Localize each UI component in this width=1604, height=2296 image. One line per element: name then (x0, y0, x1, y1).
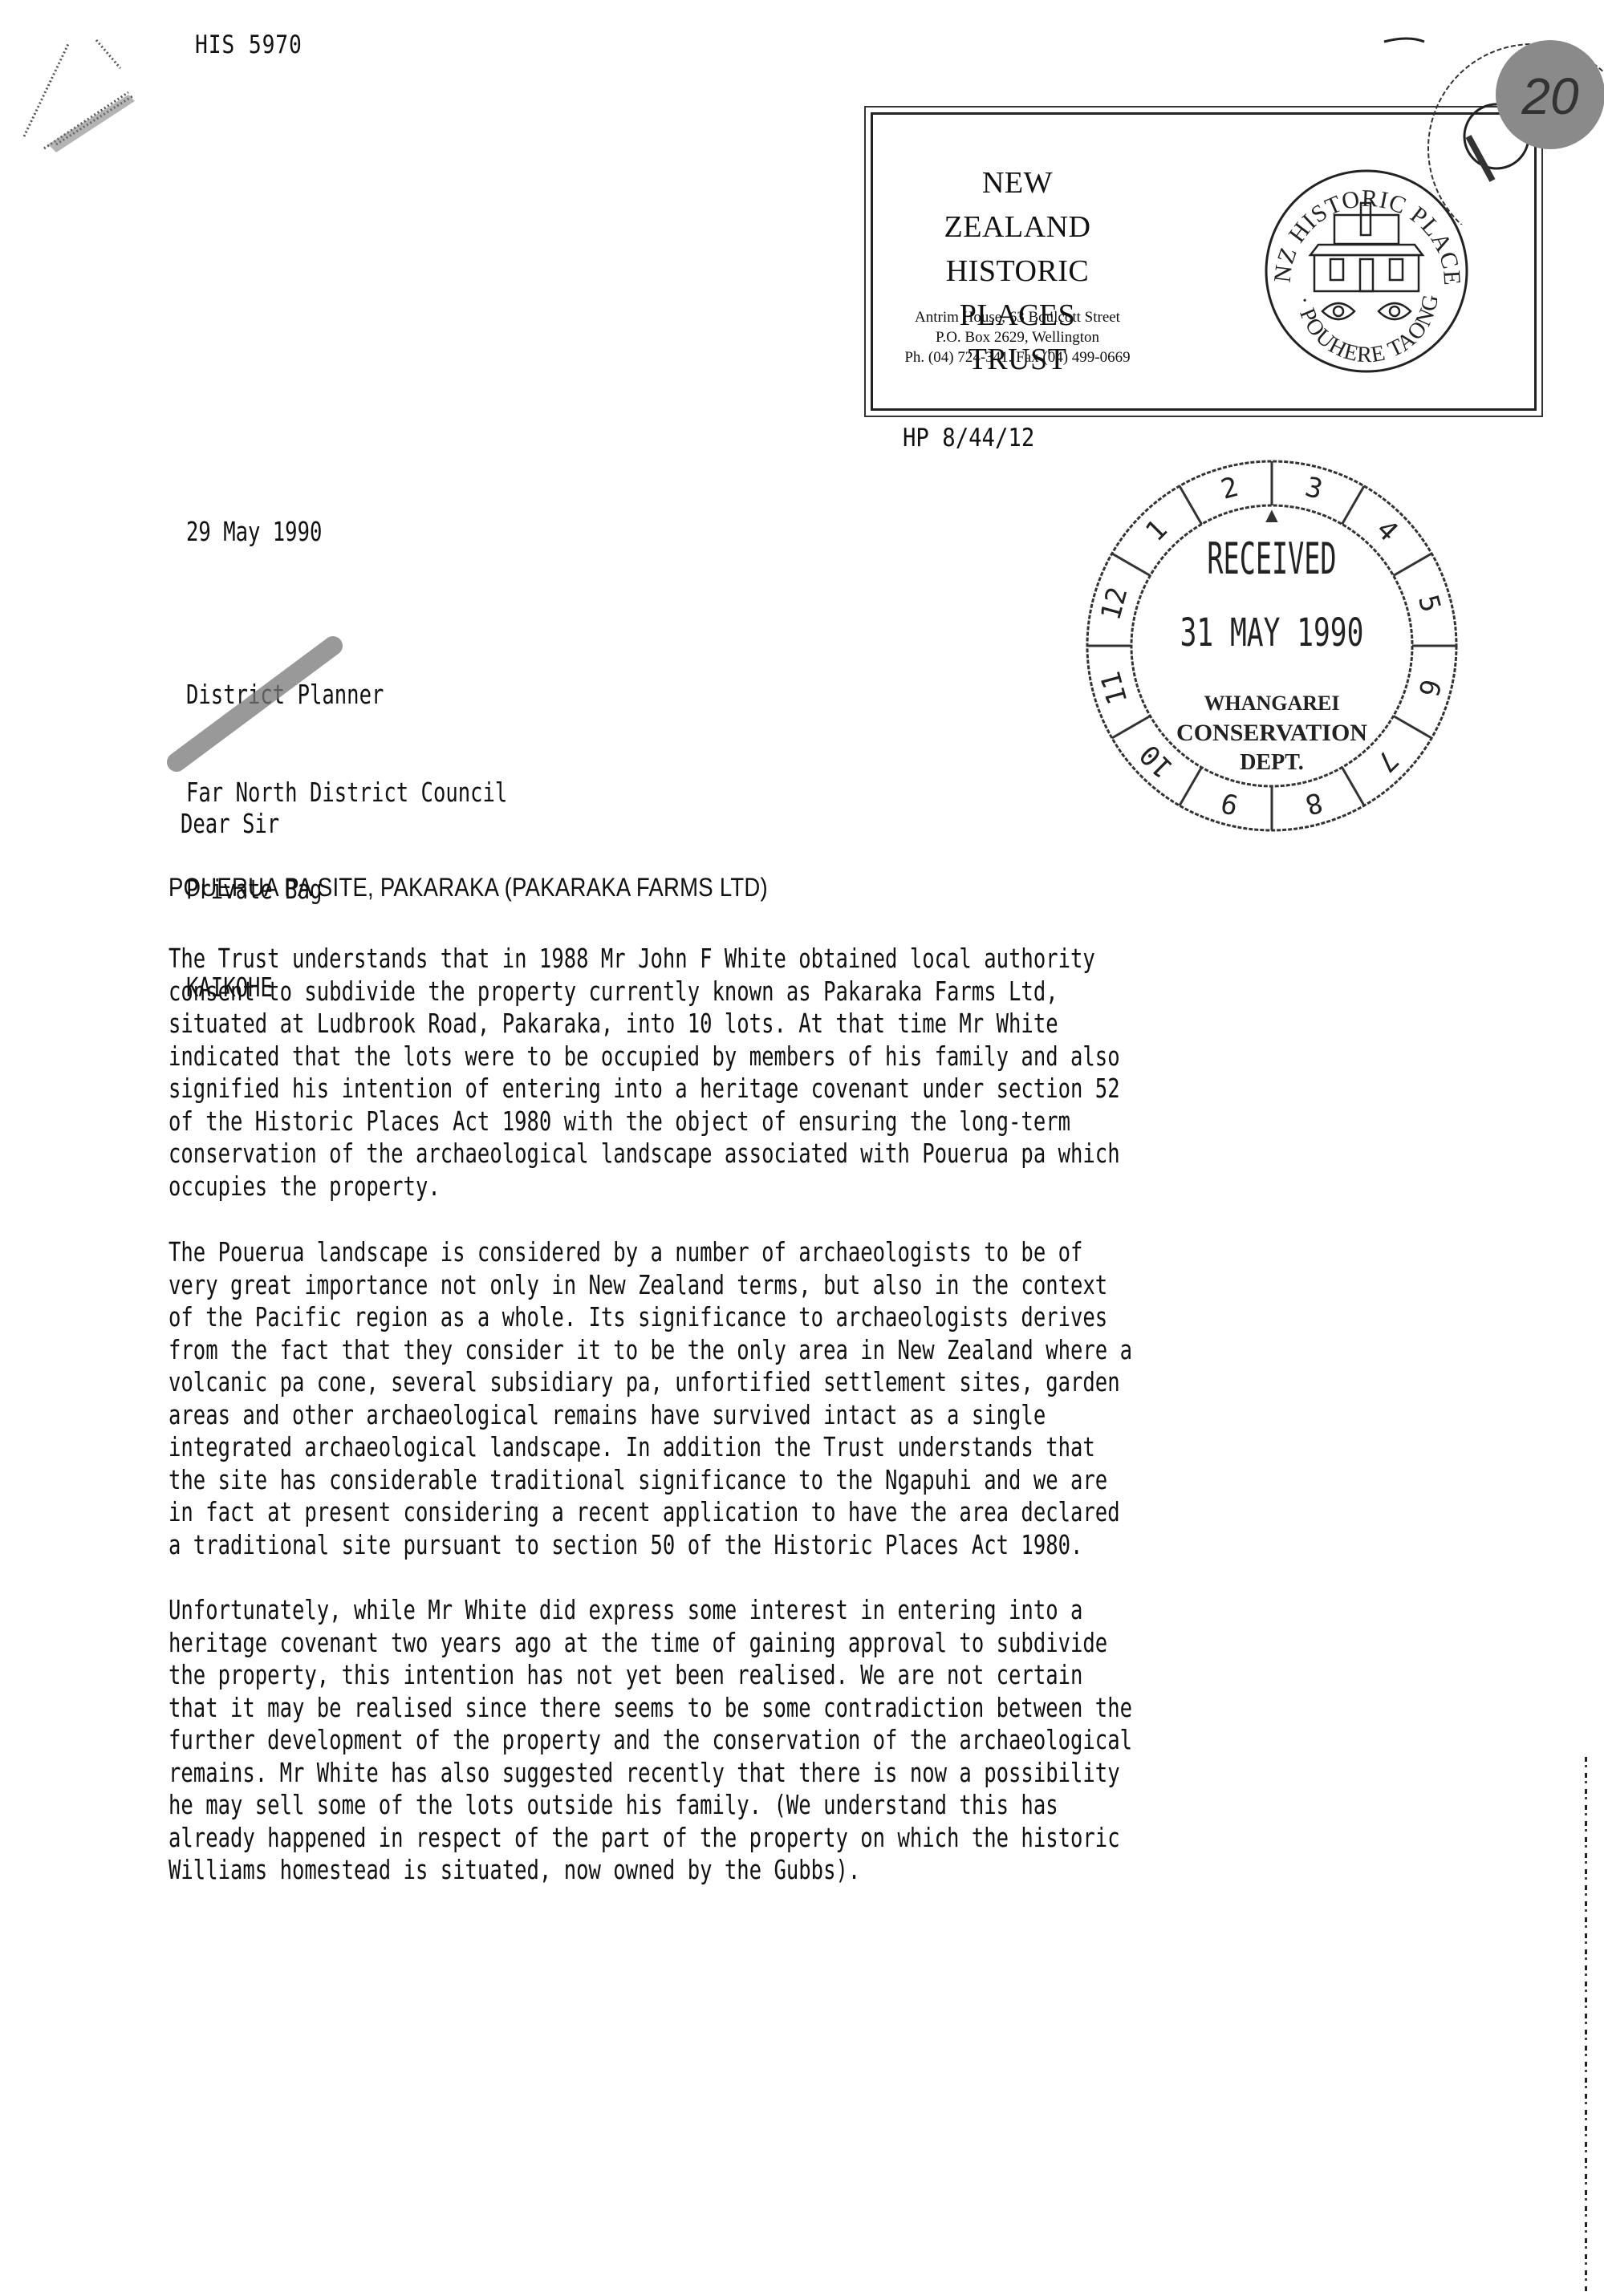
text-line: very great importance not only in New Ze… (169, 1269, 1132, 1302)
body-paragraph-2: The Pouerua landscape is considered by a… (169, 1236, 1132, 1561)
text-line: of the Historic Places Act 1980 with the… (169, 1105, 1120, 1138)
text-line: that it may be realised since there seem… (169, 1692, 1132, 1725)
text-line: Williams homestead is situated, now owne… (169, 1854, 1132, 1887)
text-line: signified his intention of entering into… (169, 1073, 1120, 1105)
svg-text:12: 12 (1094, 584, 1134, 624)
received-label: RECEIVED (1207, 533, 1336, 585)
koru-pattern-icon (1322, 303, 1411, 319)
text-line: already happened in respect of the part … (169, 1822, 1132, 1855)
text-line: areas and other archaeological remains h… (169, 1399, 1132, 1432)
received-date-stamp: 123456789101112 ▲ RECEIVED 31 MAY 1990 W… (1067, 445, 1476, 846)
svg-text:DEPT.: DEPT. (1240, 750, 1304, 775)
svg-text:11: 11 (1094, 668, 1134, 708)
text-line: The Pouerua landscape is considered by a… (169, 1236, 1132, 1269)
text-line: remains. Mr White has also suggested rec… (169, 1757, 1132, 1790)
pen-scribble-mark (8, 16, 144, 152)
crown-icon: ▲ (1265, 503, 1278, 527)
text-line: occupies the property. (169, 1170, 1120, 1203)
text-line: situated at Ludbrook Road, Pakaraka, int… (169, 1008, 1120, 1041)
svg-text:3: 3 (1301, 471, 1326, 506)
page-number-stamp: 20 (1380, 16, 1604, 225)
text-line: The Trust understands that in 1988 Mr Jo… (169, 943, 1120, 976)
svg-text:7: 7 (1370, 744, 1404, 778)
svg-text:WHANGAREI: WHANGAREI (1204, 692, 1339, 715)
svg-text:1: 1 (1139, 513, 1174, 548)
text-line: a traditional site pursuant to section 5… (169, 1529, 1132, 1562)
text-line: further development of the property and … (169, 1724, 1132, 1757)
text-line: of the Pacific region as a whole. Its si… (169, 1301, 1132, 1334)
pen-strike-mark (160, 610, 497, 778)
scan-edge-artifact (1585, 1757, 1587, 2294)
text-line: Unfortunately, while Mr White did expres… (169, 1594, 1132, 1627)
text-line: the site has considerable traditional si… (169, 1464, 1132, 1497)
our-reference: HP 8/44/12 (903, 424, 1034, 452)
svg-text:CONSERVATION: CONSERVATION (1176, 720, 1367, 746)
svg-text:8: 8 (1301, 785, 1326, 821)
svg-text:6: 6 (1411, 675, 1447, 700)
letter-date: 29 May 1990 (186, 516, 322, 549)
text-line: from the fact that they consider it to b… (169, 1334, 1132, 1367)
text-line: he may sell some of the lots outside his… (169, 1789, 1132, 1822)
text-line: consent to subdivide the property curren… (169, 976, 1120, 1008)
svg-text:9: 9 (1217, 785, 1241, 821)
file-reference: HIS 5970 (195, 30, 303, 59)
text-line: indicated that the lots were to be occup… (169, 1041, 1120, 1073)
received-date: 31 MAY 1990 (1180, 610, 1364, 655)
text-line: integrated archaeological landscape. In … (169, 1431, 1132, 1464)
text-line: in fact at present considering a recent … (169, 1496, 1132, 1529)
body-paragraph-1: The Trust understands that in 1988 Mr Jo… (169, 943, 1120, 1203)
svg-text:5: 5 (1411, 591, 1447, 615)
svg-text:2: 2 (1217, 471, 1241, 506)
body-paragraph-3: Unfortunately, while Mr White did expres… (169, 1594, 1132, 1887)
text-line: volcanic pa cone, several subsidiary pa,… (169, 1366, 1132, 1399)
organisation-address: Antrim House, 63 Boulcott Street P.O. Bo… (897, 307, 1138, 367)
subject-line: POUERUA PA SITE, PAKARAKA (PAKARAKA FARM… (169, 873, 768, 903)
svg-text:4: 4 (1370, 513, 1404, 548)
salutation: Dear Sir (181, 808, 279, 841)
text-line: conservation of the archaeological lands… (169, 1138, 1120, 1170)
text-line: the property, this intention has not yet… (169, 1659, 1132, 1692)
text-line: heritage covenant two years ago at the t… (169, 1627, 1132, 1660)
svg-text:20: 20 (1521, 67, 1579, 125)
